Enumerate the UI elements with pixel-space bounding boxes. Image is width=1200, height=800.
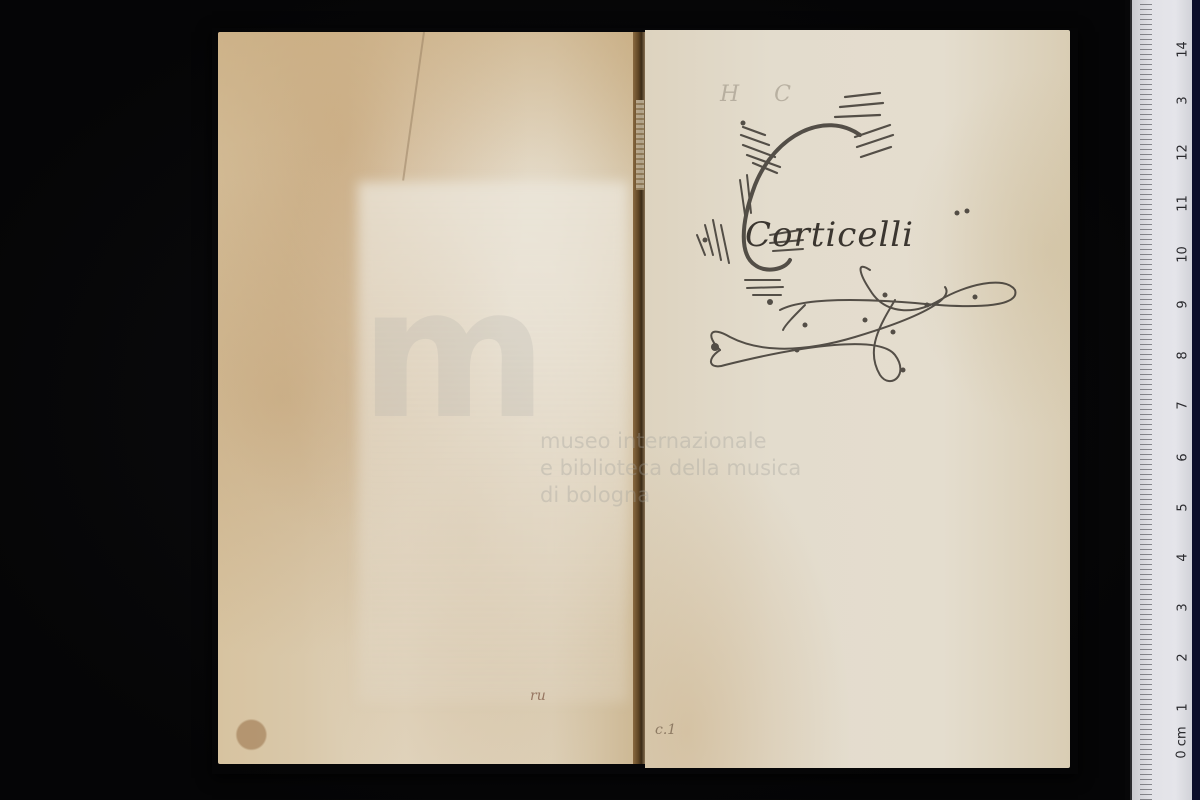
ruler-label: 3 — [1176, 593, 1191, 623]
ruler-label: 12 — [1176, 138, 1191, 168]
ruler-edge — [1192, 0, 1200, 800]
signature-flourish: Corticelli — [685, 75, 1035, 395]
ruler-label: 3 — [1176, 86, 1191, 116]
signature-name: Corticelli — [745, 215, 914, 255]
top-stain — [218, 32, 635, 182]
ruler-label: 11 — [1176, 189, 1191, 219]
ruler-label: 14 — [1176, 35, 1191, 65]
measuring-ruler: 0 cm 1 2 3 4 5 6 7 8 9 10 11 12 3 14 — [1130, 0, 1194, 800]
ruler-label: 4 — [1176, 543, 1191, 573]
ruler-label-0cm: 0 cm — [1175, 723, 1190, 763]
paper-repair-patch — [358, 182, 628, 702]
ruler-label: 8 — [1176, 341, 1191, 371]
ruler-label: 7 — [1176, 391, 1191, 421]
binding-thread — [636, 100, 644, 190]
photo-scene: H C — [0, 0, 1200, 800]
ruler-label: 10 — [1176, 240, 1191, 270]
ruler-ticks — [1140, 0, 1170, 800]
ruler-label: 5 — [1176, 493, 1191, 523]
ruler-label: 6 — [1176, 443, 1191, 473]
ruler-label: 9 — [1176, 290, 1191, 320]
left-page — [218, 32, 635, 764]
right-bottom-mark: c.1 — [655, 722, 676, 738]
left-bottom-mark: ru — [530, 688, 546, 704]
ruler-label: 2 — [1176, 643, 1191, 673]
ruler-label: 1 — [1176, 693, 1191, 723]
